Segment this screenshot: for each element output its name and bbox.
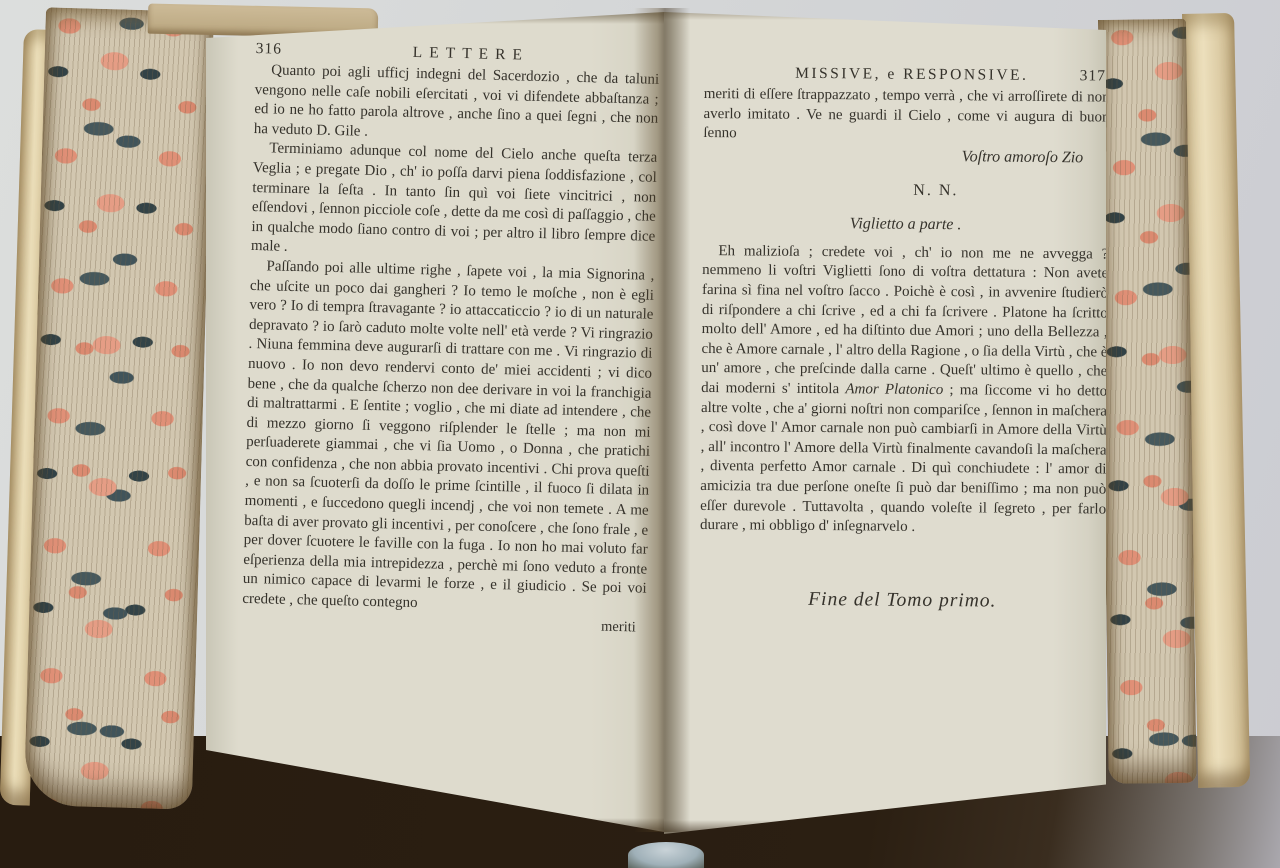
marbled-fore-edge-left [24, 7, 214, 809]
right-page-number: 317 [1080, 67, 1110, 85]
book-closing-line: Fine del Tomo primo. [699, 588, 1105, 614]
right-page-text-block: MISSIVE, e RESPONSIVE. 317 meriti di eſſ… [699, 64, 1110, 633]
viglietto-text-end: ; ma ſiccome vi ho detto altre volte , c… [700, 382, 1107, 535]
gutter-shadow [634, 8, 690, 832]
letter-signature: Voſtro amoroſo Zio [703, 146, 1109, 168]
section-heading: Viglietto a parte . [703, 214, 1109, 236]
right-continuation-paragraph: meriti di eſſere ſtrappazzato , tempo ve… [703, 85, 1109, 147]
book-photograph: 316 LETTERE Quanto poi agli ufficj indeg… [0, 0, 1280, 868]
viglietto-text-start: Eh malizioſa ; credete voi , ch' io non … [701, 243, 1108, 397]
right-running-title: MISSIVE, e RESPONSIVE. [704, 64, 1080, 85]
viglietto-paragraph: Eh malizioſa ; credete voi , ch' io non … [700, 242, 1109, 539]
left-page: 316 LETTERE Quanto poi agli ufficj indeg… [206, 12, 664, 832]
left-paragraph-1: Quanto poi agli ufficj indegni del Sacer… [254, 61, 660, 149]
table-glimpse [628, 842, 704, 868]
left-page-text-block: 316 LETTERE Quanto poi agli ufficj indeg… [241, 40, 660, 651]
left-paragraph-2: Terminiamo adunque col nome del Cielo an… [251, 139, 658, 266]
letter-initials: N. N. [703, 180, 1109, 202]
left-paragraph-3: Paſſando poi alle ultime righe , ſapete … [242, 257, 654, 619]
right-running-head: MISSIVE, e RESPONSIVE. 317 [704, 64, 1110, 86]
left-page-number: 316 [256, 40, 283, 59]
italic-phrase-amor-platonico: Amor Platonico [845, 381, 943, 398]
marbled-fore-edge-right [1098, 19, 1197, 784]
right-page: MISSIVE, e RESPONSIVE. 317 meriti di eſſ… [664, 8, 1106, 834]
